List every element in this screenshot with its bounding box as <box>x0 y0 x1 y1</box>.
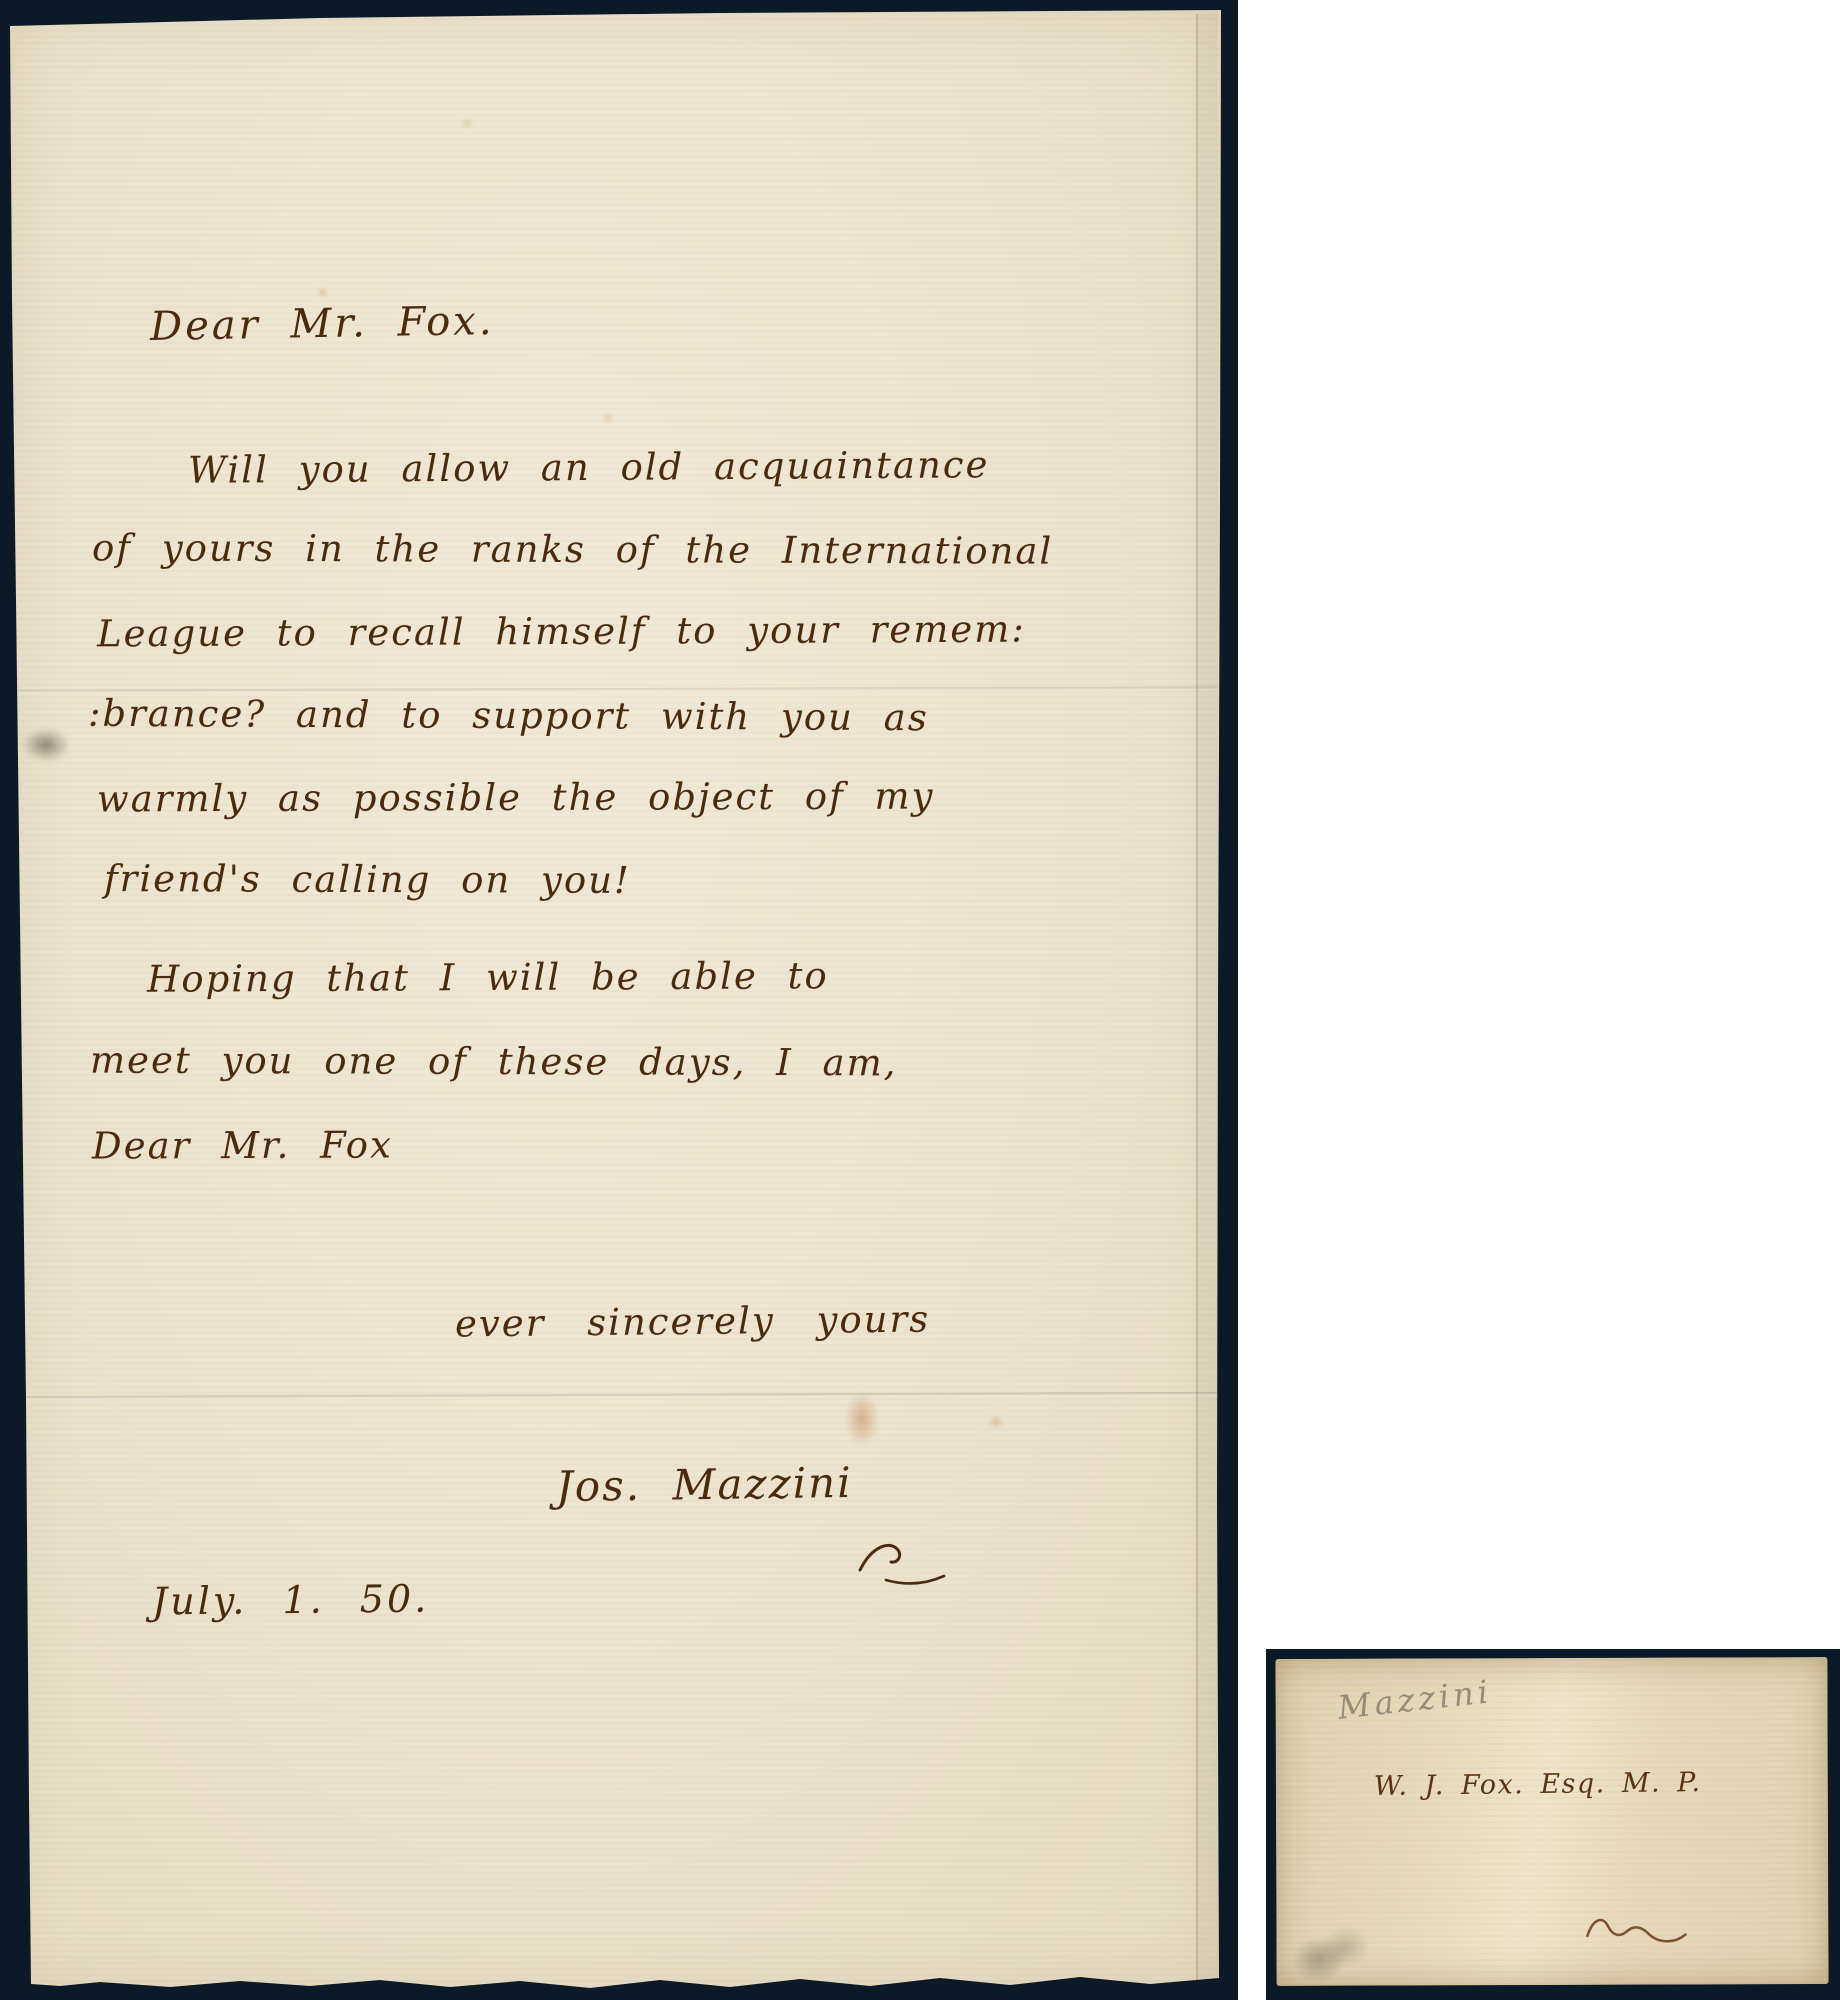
manuscript-photo-page: Dear Mr. Fox. Will you allow an old acqu… <box>0 0 1840 2000</box>
body-line-4: :brance? and to support with you as <box>88 694 929 739</box>
foxing-spot <box>318 288 327 297</box>
foxing-spot <box>604 414 612 422</box>
body-line-2: of yours in the ranks of the Internation… <box>92 528 1053 572</box>
envelope-photograph: Mazzini W. J. Fox. Esq. M. P. <box>1266 1649 1840 2000</box>
letter-photograph: Dear Mr. Fox. Will you allow an old acqu… <box>0 0 1238 2000</box>
salutation-line: Dear Mr. Fox. <box>150 299 495 349</box>
valediction-line: ever sincerely yours <box>455 1300 931 1346</box>
envelope-paper: Mazzini W. J. Fox. Esq. M. P. <box>1275 1657 1828 1986</box>
foxing-spot <box>462 118 472 128</box>
body-line-9: Dear Mr. Fox <box>92 1125 393 1167</box>
address-line: W. J. Fox. Esq. M. P. <box>1374 1768 1702 1802</box>
ink-flourish <box>852 1536 952 1588</box>
edge-smudge-stain <box>22 728 70 762</box>
letter-paper: Dear Mr. Fox. Will you allow an old acqu… <box>0 0 1238 2000</box>
pencil-smudge <box>1287 1923 1374 1986</box>
body-line-1: Will you allow an old acquaintance <box>188 445 990 491</box>
rust-stain <box>845 1392 879 1446</box>
fold-crease-lower <box>14 1392 1218 1400</box>
ink-flourish <box>1581 1908 1693 1952</box>
body-line-6: friend's calling on you! <box>104 859 631 902</box>
body-line-5: warmly as possible the object of my <box>97 777 935 821</box>
body-line-3: League to recall himself to your remem: <box>97 610 1026 656</box>
date-line: July. 1. 50. <box>152 1579 430 1624</box>
signature-line: Jos. Mazzini <box>556 1460 853 1510</box>
body-line-8: meet you one of these days, I am, <box>90 1041 898 1085</box>
body-line-7: Hoping that I will be able to <box>147 956 829 1000</box>
foxing-spot <box>990 1416 1002 1428</box>
second-leaf-edge <box>1196 14 1218 1980</box>
pencil-annotation: Mazzini <box>1336 1674 1494 1726</box>
